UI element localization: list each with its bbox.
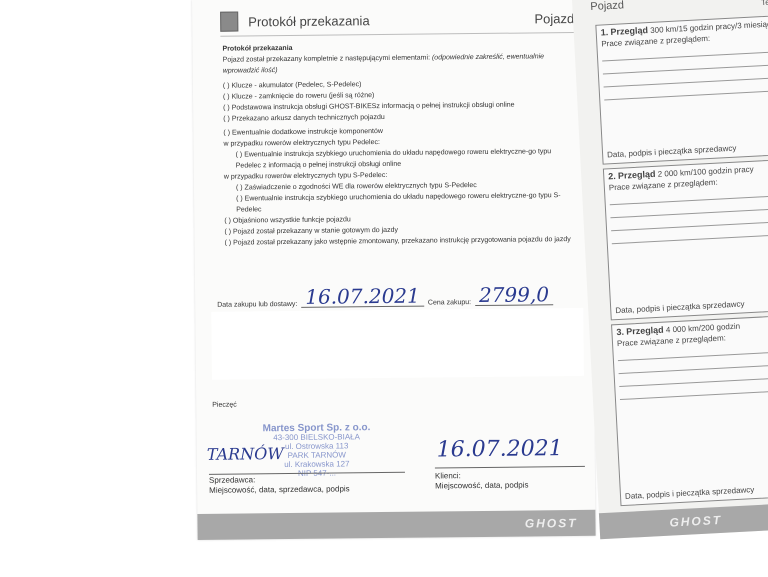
seller-caption: Sprzedawca: Miejscowość, data, sprzedawc… xyxy=(209,474,350,495)
brand-logo: GHOST xyxy=(669,513,722,530)
box-title: Przegląd xyxy=(610,25,648,37)
price-label: Cena zakupu: xyxy=(428,299,471,306)
brand-logo: GHOST xyxy=(525,516,578,531)
right-page: Pojazd Ter 1. Przegląd 300 km/15 godzin … xyxy=(572,0,768,539)
service-box-1: 1. Przegląd 300 km/15 godzin pracy/3 mie… xyxy=(595,14,768,164)
box-number: 3. xyxy=(616,327,624,337)
checklist-item[interactable]: ( ) Pojazd został przekazany jako wstępn… xyxy=(224,234,574,249)
right-page-header: Ter xyxy=(761,0,768,7)
left-page: Protokół przekazania Pojazd Protokół prz… xyxy=(192,0,596,540)
right-page-title: Pojazd xyxy=(590,0,624,13)
box-footer: Data, podpis i pieczątka sprzedawcy xyxy=(625,485,755,501)
intro-text: Pojazd został przekazany kompletnie z na… xyxy=(223,55,430,64)
service-box-2: 2. Przegląd 2 000 km/100 godzin pracy Pr… xyxy=(603,158,768,320)
purchase-row: Data zakupu lub dostawy: 16.07.2021 Cena… xyxy=(217,284,577,309)
client-caption-text: Miejscowość, data, podpis xyxy=(435,481,528,492)
service-box-3: 3. Przegląd 4 000 km/200 godzin Prace zw… xyxy=(611,314,768,506)
stamp-label: Pieczęć xyxy=(212,402,237,409)
header-section: Pojazd xyxy=(534,10,574,25)
box-footer: Data, podpis i pieczątka sprzedawcy xyxy=(607,144,737,160)
client-caption: Klienci: Miejscowość, data, podpis xyxy=(435,471,529,492)
redacted-area xyxy=(211,308,584,380)
page-footer: GHOST xyxy=(197,510,595,540)
header-title: Protokół przekazania xyxy=(248,11,534,29)
purchase-date-label: Data zakupu lub dostawy: xyxy=(217,301,297,309)
box-title: Przegląd xyxy=(618,169,656,181)
seller-signature: TARNÓW xyxy=(207,444,284,465)
box-number: 2. xyxy=(608,171,616,181)
purchase-date-value[interactable]: 16.07.2021 xyxy=(301,286,424,308)
seller-caption-text: Miejscowość, data, sprzedawca, podpis xyxy=(209,484,350,495)
page-header: Protokół przekazania Pojazd xyxy=(220,4,574,37)
client-date[interactable]: 16.07.2021 xyxy=(437,436,563,462)
box-number: 1. xyxy=(600,27,608,37)
right-page-footer: GHOST xyxy=(599,503,768,539)
seller-handwriting: TARNÓW xyxy=(207,444,284,464)
document-icon xyxy=(220,12,238,32)
protocol-content: Protokół przekazania Pojazd został przek… xyxy=(222,40,574,249)
box-footer: Data, podpis i pieczątka sprzedawcy xyxy=(615,299,745,315)
client-signature-line xyxy=(435,466,585,469)
price-value[interactable]: 2799,0 xyxy=(475,284,553,306)
box-title: Przegląd xyxy=(626,325,664,337)
